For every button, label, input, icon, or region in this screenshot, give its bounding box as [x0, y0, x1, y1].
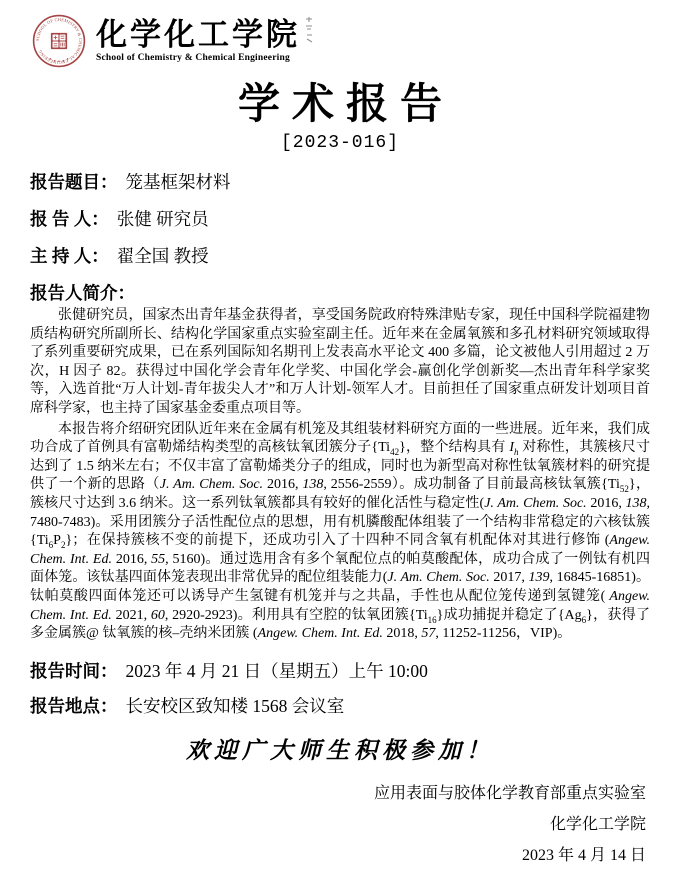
speaker-row: 报 告 人：张健 研究员: [30, 208, 650, 231]
topic-value: 笼基框架材料: [126, 172, 231, 192]
time-value: 2023 年 4 月 21 日（星期五）上午 10:00: [126, 661, 428, 681]
location-value: 长安校区致知楼 1568 会议室: [126, 696, 345, 716]
report-number: [2023-016]: [30, 133, 650, 153]
welcome-line: 欢迎广大师生积极参加！: [30, 734, 650, 768]
speaker-value: 张健 研究员: [117, 209, 209, 229]
bio-label: 报告人简介：: [30, 283, 135, 303]
footer-date: 2023 年 4 月 14 日: [30, 840, 646, 871]
host-row: 主 持 人：翟全国 教授: [30, 245, 650, 268]
header: SCHOOL OF CHEMISTRY & CHEMICAL ENGINEERI…: [30, 10, 650, 72]
footer-org-line2: 化学化工学院: [30, 809, 646, 840]
host-value: 翟全国 教授: [117, 246, 209, 266]
footer-org-line1: 应用表面与胶体化学教育部重点实验室: [30, 778, 646, 809]
speaker-label: 报 告 人：: [30, 209, 109, 229]
host-label: 主 持 人：: [30, 246, 109, 266]
announcement-page: SCHOOL OF CHEMISTRY & CHEMICAL ENGINEERI…: [0, 0, 680, 878]
location-label: 报告地点：: [30, 696, 118, 716]
topic-label: 报告题目：: [30, 172, 118, 192]
location-row: 报告地点：长安校区致知楼 1568 会议室: [30, 695, 650, 718]
time-label: 报告时间：: [30, 661, 118, 681]
page-title: 学术报告: [30, 82, 650, 129]
topic-row: 报告题目：笼基框架材料: [30, 171, 650, 194]
time-row: 报告时间：2023 年 4 月 21 日（星期五）上午 10:00: [30, 660, 650, 683]
speaker-bio-paragraph: 张健研究员，国家杰出青年基金获得者，享受国务院政府特殊津贴专家，现任中国科学院福…: [30, 307, 650, 419]
calligrapher-signature-mark-icon: [304, 16, 314, 44]
school-name-en: School of Chemistry & Chemical Engineeri…: [96, 53, 300, 63]
footer-signature-block: 应用表面与胶体化学教育部重点实验室 化学化工学院 2023 年 4 月 14 日: [30, 778, 650, 871]
bio-label-row: 报告人简介：: [30, 282, 650, 305]
school-name-zh: 化学化工学院: [96, 19, 300, 50]
school-seal-icon: SCHOOL OF CHEMISTRY & CHEMICAL ENGINEERI…: [32, 14, 86, 68]
report-abstract-paragraph: 本报告将介绍研究团队近年来在金属有机笼及其组装材料研究方面的一些进展。近年来，我…: [30, 421, 650, 644]
school-name-block: 化学化工学院 School of Chemistry & Chemical En…: [96, 19, 300, 63]
